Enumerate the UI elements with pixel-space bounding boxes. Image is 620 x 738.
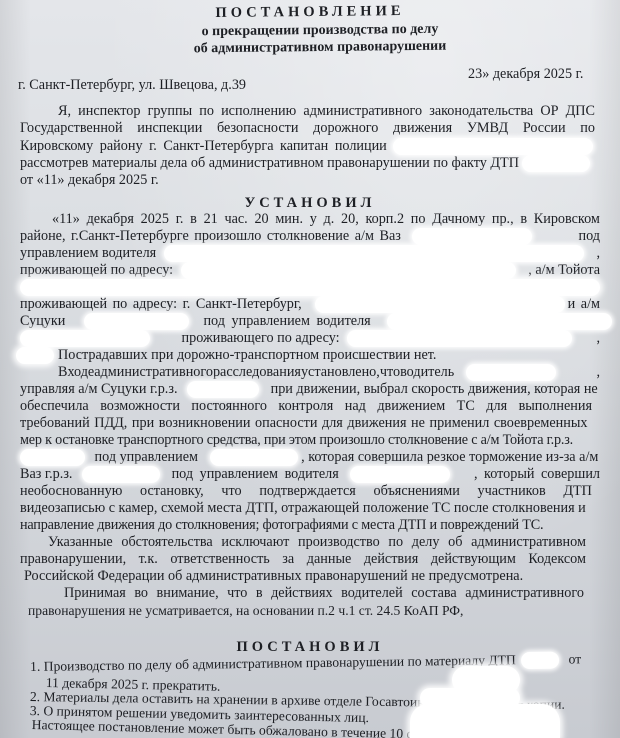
word: контроля [278,398,333,415]
word: для [486,398,507,415]
section-established-heading: УСТАНОВИЛ [0,195,620,212]
word: действующим [431,551,516,568]
suzuki-text: Суцуки [20,313,65,329]
driver-label: управлением водителя [20,245,156,261]
established-line-4: проживающей по адресу: , а/м Тойота [20,262,600,279]
driver-label-2: под управлением водителя [203,313,370,329]
word: что [221,483,241,500]
established-line-16: Ваз г.р.з. под управлением водителя , ко… [20,466,600,483]
braking-text: , которая совершила резкое торможение из… [301,449,598,465]
word: водителей [341,585,403,602]
redacted-vaz-plate-2 [82,466,160,483]
driver-label-5: под управлением водителя [172,466,339,482]
established-line-10: Входеадминистративногорасследованияустан… [20,364,600,381]
under-text: под [579,228,601,245]
vaz-plate-label: Ваз г.р.з. [20,466,72,482]
word: Дачному [432,211,485,228]
word: выполнения [519,398,592,415]
speed-text: при движении, выбрал скорость движения, … [271,381,598,397]
word: ДТП [563,483,592,500]
word: Кировском [534,211,600,228]
word: административном [471,534,586,551]
word: ТС [457,398,475,415]
redacted-driver-4 [210,449,298,466]
word: пр., [492,211,514,228]
from-text: от [568,651,581,666]
word: дорожного [313,120,378,137]
word: мин. [275,211,303,228]
established-line-11: управляя а/м Суцуки г.р.з. при движении,… [20,381,600,398]
redacted-driver-2 [387,313,612,330]
redacted-inspector-name [393,138,593,155]
intro-line-5: от «11» декабря 2025 г. [20,172,159,189]
word: об [448,534,462,551]
word: над [345,398,366,415]
redacted-suzuki-plate-2 [187,381,259,398]
word: 20 [254,211,268,228]
established-line-1: «11»декабря2025г.в21час.20мин.уд.20,корп… [20,211,600,228]
word: инспектор [78,103,140,120]
word: за [282,551,294,568]
word: исключают [221,534,289,551]
word: обеспечила [20,398,89,415]
established-line-9: Пострадавших при дорожно-транспортном пр… [58,347,436,364]
intro-line-3: Кировскому району г. Санкт-Петербурга ка… [20,138,593,155]
word: по [580,120,595,137]
word: действия [364,551,418,568]
word: обстоятельства [121,534,212,551]
redacted-line-5 [20,279,600,296]
established-line-22: Российской Федерации об административных… [24,568,523,585]
word: в [520,211,527,228]
word: по [199,103,214,120]
established-line-8: проживающего по адресу: , [20,330,600,347]
word: объяснениями [374,483,460,500]
word: участников [477,483,545,500]
under-control-text: под управлением [95,449,198,465]
case-materials-text: рассмотрев материалы дела об администрат… [20,155,519,171]
word: Указанные [48,534,113,551]
redacted-toyota-plate [20,449,85,466]
word: у [310,211,317,228]
intro-line-4: рассмотрев материалы дела об администрат… [20,155,590,172]
word: ОР [540,103,558,120]
word: водитель [400,364,454,381]
word: России [523,120,566,137]
word: в [190,211,197,228]
word: безопасности [217,120,298,137]
redacted-driver-5 [350,466,450,483]
word: т.к. [139,551,158,568]
document-date: 23» декабря 2025 г. [468,66,583,83]
word: возможности [100,398,180,415]
comma: , [596,245,600,262]
word: ответственность [170,551,269,568]
word: Государственной [20,120,123,137]
word: Принимая [64,585,126,602]
word: 20, [341,211,359,228]
established-line-24: правонарушения не усматривается, на осно… [28,602,463,619]
word: корп.2 [365,211,404,228]
word: движением [377,398,445,415]
word: производство [298,534,380,551]
word: состава [411,585,457,602]
word: административного [303,103,422,120]
established-line-23: Принимаявовнимание,чтовдействияхводителе… [24,585,584,602]
word: по [388,534,403,551]
intro-line-2: Государственнойинспекциибезопасностидоро… [20,120,595,137]
word: «11» [52,211,80,228]
established-line-3: управлением водителя , [20,245,600,262]
word: в [256,585,263,602]
word: ДПС [566,103,595,120]
redacted-address-1 [181,262,516,279]
established-line-15: под управлением , которая совершила резк… [20,449,600,466]
word: внимание, [157,585,219,602]
established-line-7: Суцуки под управлением водителя [20,313,600,330]
collision-text: районе, г.Санкт-Петербурге произошло сто… [20,228,401,244]
address-label-2: проживающей по адресу: г. Санкт-Петербур… [20,296,302,312]
comma: , [596,364,600,381]
word: что [380,364,400,381]
word: по [411,211,426,228]
established-line-14: мер к остановке транспортного средства, … [20,432,573,449]
investigation-text: Входеадминистративногорасследованияустан… [20,364,450,381]
document-place: г. Санкт-Петербург, ул. Швецова, д.39 [18,77,246,94]
address-label-3: проживающего по адресу: [182,330,340,346]
word: Кодексом [528,551,586,568]
established-line-20: Указанныеобстоятельстваисключаютпроизвод… [20,534,586,551]
redacted-case-number [522,155,590,172]
word: подтверждается [259,483,356,500]
established-line-6: проживающей по адресу: г. Санкт-Петербур… [20,296,600,313]
established-line-13: требований ПДД, при возникновении опасно… [20,415,587,432]
established-line-18: видеозаписью с камер, схемой места ДТП, … [20,500,586,517]
redacted-address-3 [347,330,572,347]
word: 2025 [141,211,169,228]
redacted-address-3-cont [16,347,54,364]
redacted-driver-2-cont [20,330,150,347]
word: законодательства [429,103,533,120]
word: установлено, [301,364,380,381]
suzuki-plate-label: управляя а/м Суцуки г.р.з. [20,381,178,397]
word: В [58,364,67,381]
redacted-case-number-2 [521,652,559,670]
intro-line-1: Я,инспекторгруппыпоисполнениюадминистрат… [20,103,595,120]
word: расследования [213,364,301,381]
address-label-1: проживающей по адресу: [20,262,173,278]
word: постоянного [191,398,267,415]
redacted-suzuki-plate [84,313,189,330]
word: во [134,585,148,602]
toyota-text: , а/м Тойота [528,262,600,279]
redacted-vaz-plate [412,228,532,245]
word: УМВД [467,120,508,137]
established-line-2: районе, г.Санкт-Петербурге произошло сто… [20,228,600,245]
word: что [227,585,247,602]
word: необоснованную [20,483,122,500]
word: административного [94,364,213,381]
document-photo: ПОСТАНОВЛЕНИЕ о прекращении производства… [0,0,620,738]
inspector-unit-text: Кировскому району г. Санкт-Петербурга ка… [20,138,387,154]
word: 21 [204,211,218,228]
word: Я, [58,103,71,120]
redacted-address-2 [315,296,565,313]
word: движения [393,120,452,137]
word: правонарушении, [20,551,126,568]
word: г. [176,211,184,228]
word: группы [148,103,193,120]
redacted-blob-bottom [410,704,560,738]
word: исполнению [221,103,296,120]
word: ходе [67,364,94,381]
word: д. [324,211,335,228]
established-line-17: необоснованнуюостановку,чтоподтверждаетс… [20,483,592,500]
redacted-driver-1 [164,245,584,262]
word: данные [307,551,352,568]
unjustified-stop-text: , который совершил [474,466,600,483]
word: действиях [271,585,333,602]
established-line-19: направление движения до столкновения; фо… [20,517,543,534]
word: делу [412,534,440,551]
redacted-driver-3 [466,364,556,381]
word: декабря [87,211,134,228]
word: час. [224,211,247,228]
word: административного [465,585,584,602]
comma: , [596,330,600,347]
established-line-21: правонарушении,т.к.ответственностьзаданн… [20,551,586,568]
word: инспекции [137,120,202,137]
word: остановку, [140,483,204,500]
and-car-text: и а/м [568,296,600,313]
established-line-12: обеспечилавозможностипостоянногоконтроля… [20,398,592,415]
